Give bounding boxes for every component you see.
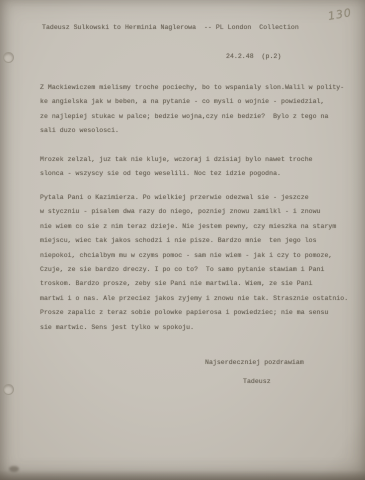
letter-line: sali duzo wesolosci. (40, 124, 344, 138)
paragraph-3: Pytala Pani o Kazimierza. Po wielkiej pr… (40, 191, 348, 335)
letter-line: sie martwic. Sens jest tylko w spokoju. (40, 321, 348, 335)
punch-hole-bottom (3, 384, 14, 395)
letter-line: Mrozek zelzal, juz tak nie kluje, wczora… (40, 153, 313, 167)
handwritten-page-number: 130 (327, 6, 353, 23)
letter-line: Z Mackiewiczem mielismy troche pociechy,… (40, 81, 344, 95)
letter-line: martwi i o nas. Ale przeciez jakos zyjem… (40, 292, 348, 306)
closing-line: Najserdeczniej pozdrawiam (205, 359, 304, 366)
letter-dateline: 24.2.48 (p.2) (226, 53, 281, 60)
scan-edge-shadow (0, 470, 365, 480)
letter-line: niepokoi, chcialbym mu w czyms pomoc - s… (40, 249, 348, 263)
scanned-letter-page: 130 Tadeusz Sulkowski to Herminia Nagler… (0, 0, 365, 480)
letter-line: troskom. Bardzo prosze, zeby sie Pani ni… (40, 277, 348, 291)
letter-line: ke angielska jak w beben, a na pytanie -… (40, 95, 344, 109)
letter-line: slonca - wszyscy sie od tego weselili. N… (40, 167, 313, 181)
letter-line: w styczniu - pisalem dwa razy do niego, … (40, 205, 348, 219)
letter-line: Czuje, ze sie bardzo dreczy. I po co to?… (40, 263, 348, 277)
letter-line: nie wiem co sie z nim teraz dzieje. Nie … (40, 220, 348, 234)
signature: Tadeusz (243, 378, 271, 385)
letter-line: Pytala Pani o Kazimierza. Po wielkiej pr… (40, 191, 348, 205)
letter-header: Tadeusz Sulkowski to Herminia Naglerowa … (42, 24, 299, 31)
paragraph-2: Mrozek zelzal, juz tak nie kluje, wczora… (40, 153, 313, 182)
letter-line: ze najlepiej stukac w palce; bedzie wojn… (40, 110, 344, 124)
letter-line: Prosze zapalic z teraz sobie polowke pap… (40, 306, 348, 320)
letter-line: miejscu, wiec tak jakos schodzi i nie pi… (40, 234, 348, 248)
paragraph-1: Z Mackiewiczem mielismy troche pociechy,… (40, 81, 344, 139)
punch-hole-top (3, 52, 14, 63)
